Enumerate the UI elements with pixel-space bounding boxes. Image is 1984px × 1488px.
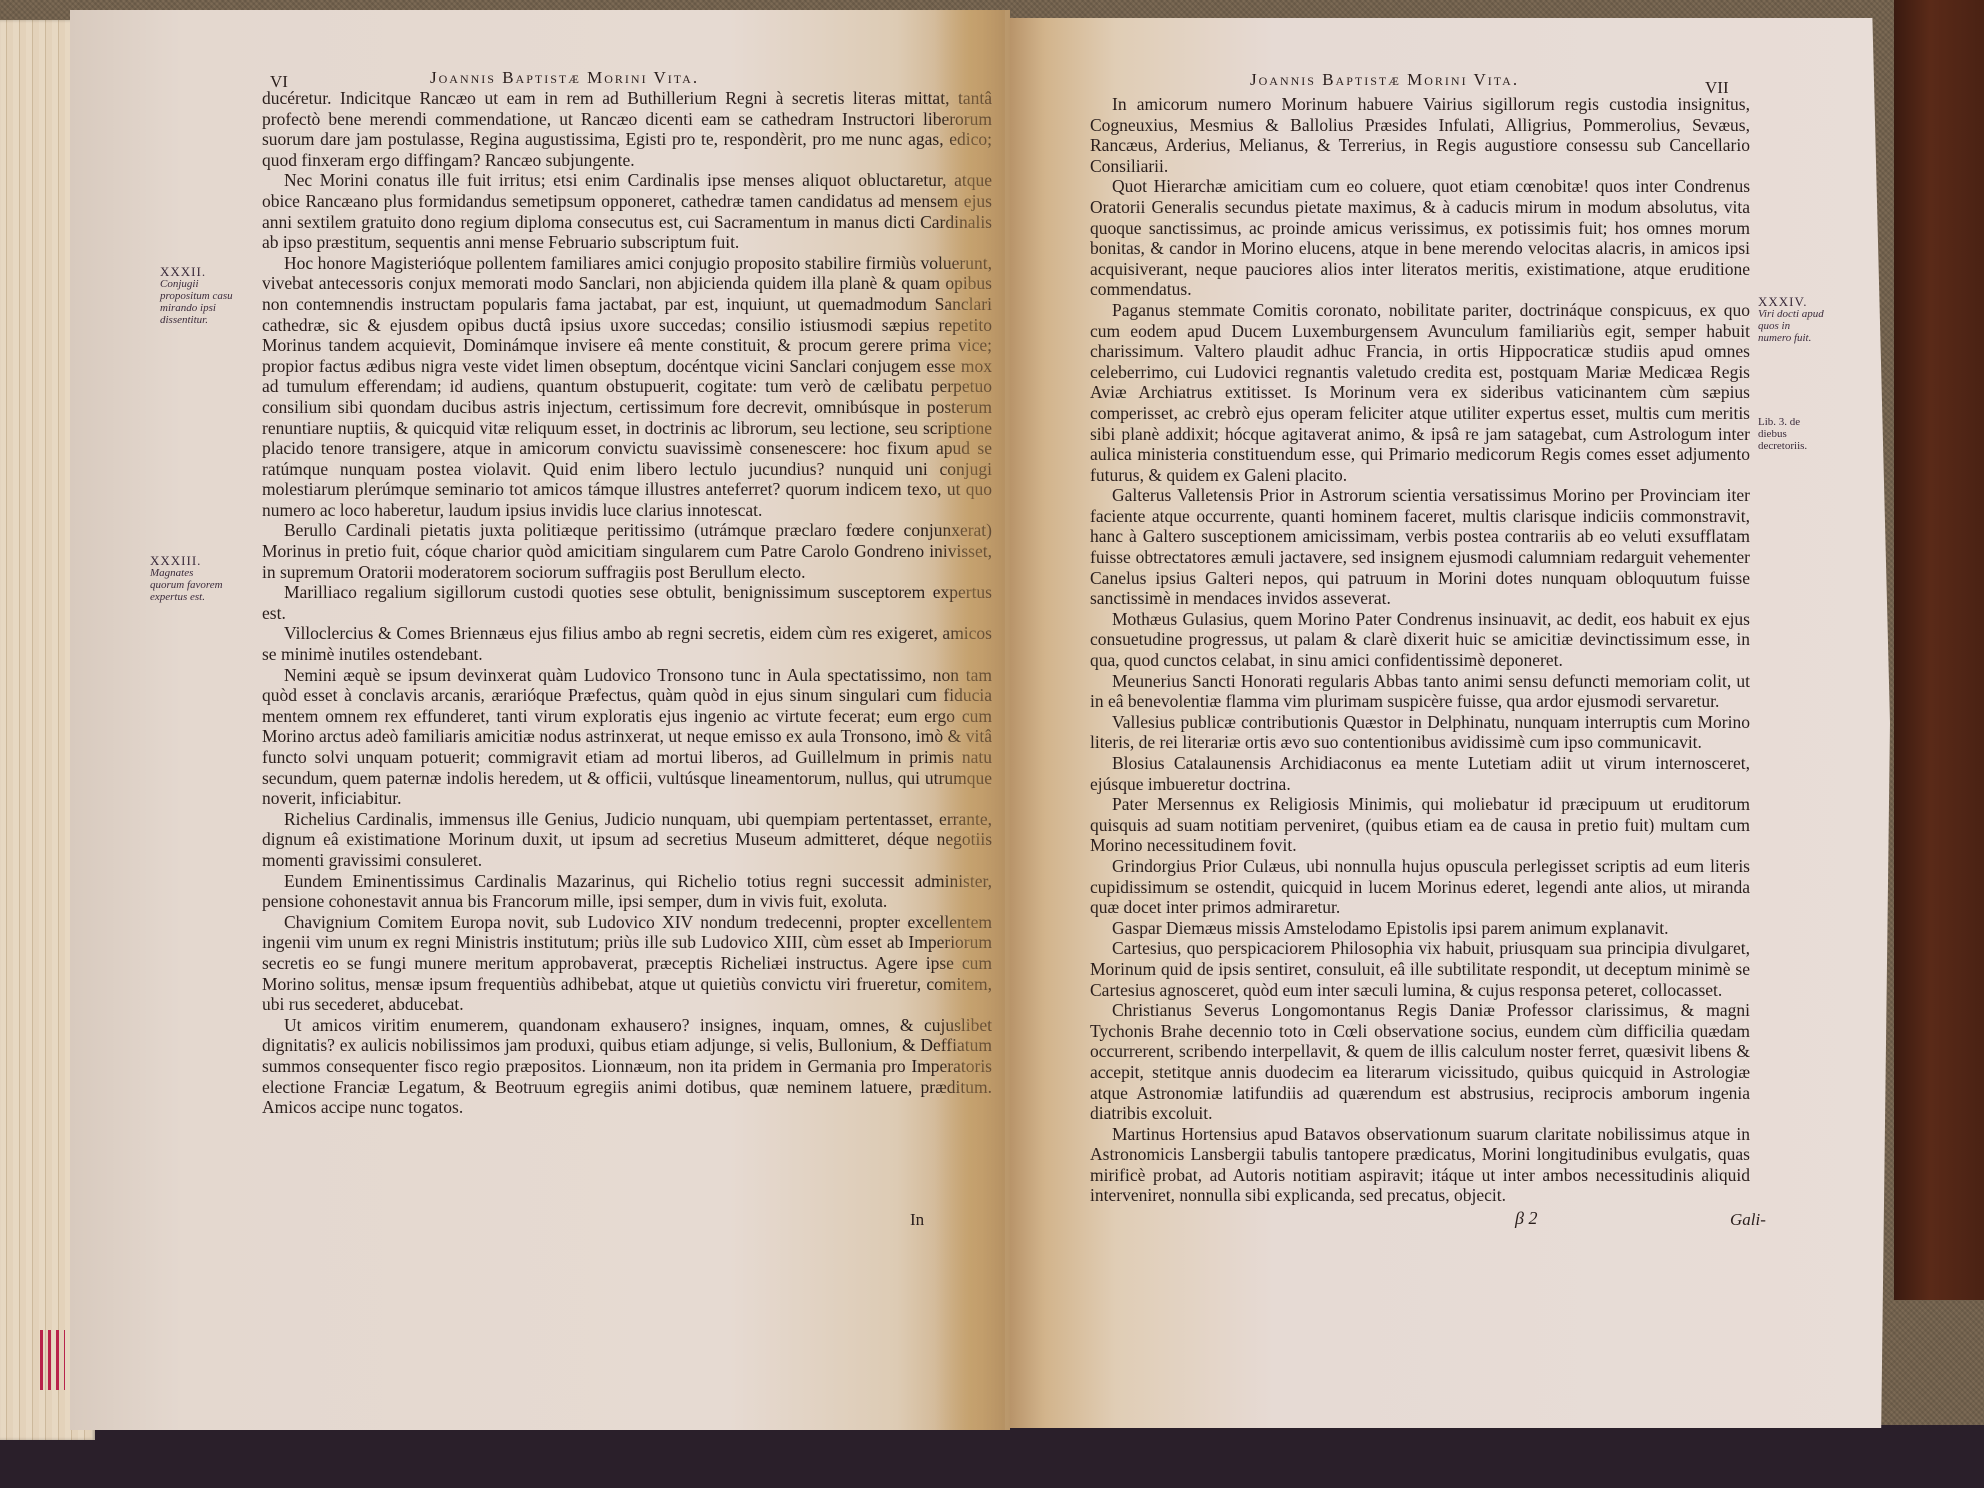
paragraph: Meunerius Sancti Honorati regularis Abba…	[1090, 671, 1750, 712]
marginal-note-text: Conjugii propositum casu mirando ipsi di…	[160, 278, 233, 326]
paragraph: Mothæus Gulasius, quem Morino Pater Cond…	[1090, 609, 1750, 671]
catchword: In	[910, 1210, 924, 1230]
paragraph: Ut amicos viritim enumerem, quandonam ex…	[262, 1015, 992, 1118]
paragraph: Martinus Hortensius apud Batavos observa…	[1090, 1124, 1750, 1206]
paragraph: Cartesius, quo perspicaciorem Philosophi…	[1090, 938, 1750, 1000]
book-cover-edge	[0, 1425, 1984, 1488]
gutter-stain	[935, 10, 1005, 1430]
paragraph: In amicorum numero Morinum habuere Vairi…	[1090, 94, 1750, 176]
paragraph: Richelius Cardinalis, immensus ille Geni…	[262, 809, 992, 871]
paragraph: Gaspar Diemæus missis Amstelodamo Episto…	[1090, 918, 1750, 939]
marginal-note-text: Magnates quorum favorem expertus est.	[150, 567, 223, 603]
paragraph: Hoc honore Magisterióque pollentem famil…	[262, 253, 992, 521]
paragraph: Quot Hierarchæ amicitiam cum eo coluere,…	[1090, 176, 1750, 300]
paragraph: Berullo Cardinali pietatis juxta politiæ…	[262, 520, 992, 582]
paragraph: Blosius Catalaunensis Archidiaconus ea m…	[1090, 753, 1750, 794]
marginal-note-number: XXXIII.	[150, 555, 230, 567]
paragraph: Vallesius publicæ contributionis Quæstor…	[1090, 712, 1750, 753]
red-page-edge	[40, 1330, 65, 1390]
marginal-note-number: XXXII.	[160, 266, 240, 278]
paragraph: Galterus Valletensis Prior in Astrorum s…	[1090, 485, 1750, 609]
paragraph: Grindorgius Prior Culæus, ubi nonnulla h…	[1090, 856, 1750, 918]
paragraph: Eundem Eminentissimus Cardinalis Mazarin…	[262, 871, 992, 912]
running-head: Joannis Baptistæ Morini Vita.	[430, 68, 699, 88]
paragraph: Marilliaco regalium sigillorum custodi q…	[262, 582, 992, 623]
marginal-note: XXXIV. Viri docti apud quos in numero fu…	[1758, 296, 1826, 344]
body-text: In amicorum numero Morinum habuere Vairi…	[1090, 94, 1750, 1206]
body-text: ducéretur. Indicitque Rancæo ut eam in r…	[262, 88, 992, 1118]
running-head: Joannis Baptistæ Morini Vita.	[1250, 70, 1519, 90]
paragraph: Villoclercius & Comes Briennæus ejus fil…	[262, 623, 992, 664]
marginal-note: XXXIII. Magnates quorum favorem expertus…	[150, 555, 230, 603]
marginal-note-text: Viri docti apud quos in numero fuit.	[1758, 308, 1824, 344]
paragraph: Nec Morini conatus ille fuit irritus; et…	[262, 170, 992, 252]
catchword: Gali-	[1730, 1210, 1766, 1230]
right-page: Joannis Baptistæ Morini Vita. VII In ami…	[1010, 18, 1890, 1428]
paragraph: ducéretur. Indicitque Rancæo ut eam in r…	[262, 88, 992, 170]
paragraph: Nemini æquè se ipsum devinxerat quàm Lud…	[262, 665, 992, 809]
marginal-note: Lib. 3. de diebus decretoriis.	[1758, 416, 1820, 452]
paragraph: Pater Mersennus ex Religiosis Minimis, q…	[1090, 794, 1750, 856]
left-page: VI Joannis Baptistæ Morini Vita. XXXII. …	[70, 10, 1010, 1430]
marginal-note-text: Lib. 3. de diebus decretoriis.	[1758, 416, 1807, 452]
wooden-furniture	[1894, 0, 1984, 1300]
paragraph: Chavignium Comitem Europa novit, sub Lud…	[262, 912, 992, 1015]
marginal-note: XXXII. Conjugii propositum casu mirando …	[160, 266, 240, 326]
paragraph: Christianus Severus Longomontanus Regis …	[1090, 1000, 1750, 1124]
paragraph: Paganus stemmate Comitis coronato, nobil…	[1090, 300, 1750, 485]
signature-mark: β 2	[1515, 1208, 1537, 1229]
marginal-note-number: XXXIV.	[1758, 296, 1826, 308]
